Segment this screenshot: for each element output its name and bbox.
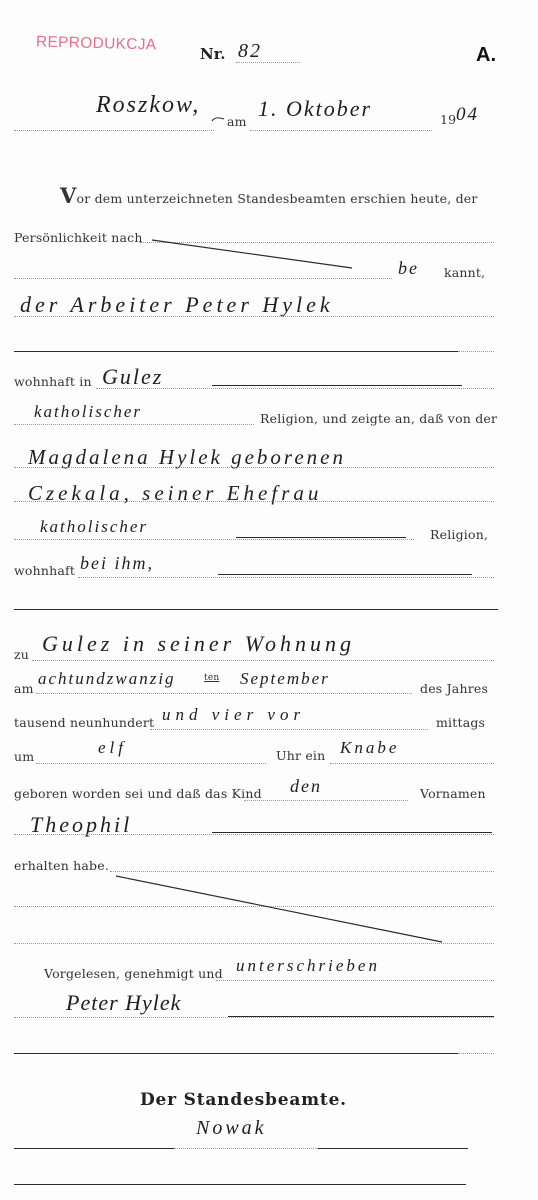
year-words: und vier vor xyxy=(162,705,305,725)
signature-line xyxy=(14,1017,494,1018)
mother-religion-line xyxy=(14,539,414,540)
year-words-line xyxy=(150,729,428,730)
birth-day: achtundzwanzig xyxy=(38,669,176,689)
intro-initial: V xyxy=(60,183,77,208)
declarant-line xyxy=(14,316,494,317)
form-letter: A. xyxy=(476,44,496,67)
kannt-label: kannt, xyxy=(444,265,485,280)
bekannt-line xyxy=(14,278,392,279)
child-type-line xyxy=(330,763,494,764)
civil-registry-birth-record: REPRODUKCJA Nr. 82 A. Roszkow, am 1. Okt… xyxy=(0,0,538,1200)
bottom-rule xyxy=(14,1184,466,1185)
erhalten-label: erhalten habe. xyxy=(14,858,109,873)
year-prefix: 19 xyxy=(440,112,456,127)
given-name-rule xyxy=(212,832,492,833)
birth-hour: elf xyxy=(98,738,127,758)
des-jahres-label: des Jahres xyxy=(420,681,488,696)
date-line xyxy=(250,130,432,131)
mother-residence: bei ihm, xyxy=(80,553,154,574)
signature-rule xyxy=(228,1016,494,1017)
um-label: um xyxy=(14,749,34,764)
mother-religion: katholischer xyxy=(40,517,148,537)
record-number-label: Nr. xyxy=(200,45,225,63)
closing-dots xyxy=(458,1053,494,1054)
reproduction-stamp: REPRODUKCJA xyxy=(36,33,157,54)
declarant-fill-dots xyxy=(458,351,494,352)
unterschrieben-handwritten: unterschrieben xyxy=(236,956,380,976)
am-label: am xyxy=(227,114,247,129)
persoenlichkeit-line xyxy=(140,242,494,243)
vornamen-label: Vornamen xyxy=(420,786,486,801)
place-handwritten: Roszkow, xyxy=(96,92,200,119)
uhr-ein-label: Uhr ein xyxy=(276,748,325,763)
child-type: Knabe xyxy=(340,738,399,758)
declarant-residence: Gulez xyxy=(102,364,163,390)
der-handwritten: den xyxy=(290,776,322,797)
official-rule-left xyxy=(14,1148,174,1149)
record-number-line xyxy=(236,62,300,63)
blank-line-1 xyxy=(14,906,494,907)
be-handwritten: be xyxy=(398,258,419,279)
birth-place-line xyxy=(32,660,494,661)
vorgelesen-label: Vorgelesen, genehmigt und xyxy=(44,966,223,981)
religion-line xyxy=(14,424,254,425)
intro-text: Vor dem unterzeichneten Standesbeamten e… xyxy=(60,183,478,208)
birth-hour-line xyxy=(36,763,266,764)
religion-text: Religion, und zeigte an, daß von der xyxy=(260,411,497,426)
tausend-label: tausend neunhundert xyxy=(14,715,154,730)
declarant-religion: katholischer xyxy=(34,402,142,422)
mother-religion-label: Religion, xyxy=(430,527,488,542)
declarant-fill-rule xyxy=(14,351,458,352)
date-handwritten: 1. Oktober xyxy=(258,96,372,122)
mother-name-line2: Czekala, seiner Ehefrau xyxy=(28,481,322,506)
closing-rule xyxy=(14,1053,458,1054)
place-line xyxy=(14,130,214,131)
birth-month: September xyxy=(240,669,330,689)
unterschrieben-line xyxy=(216,980,494,981)
residence-line xyxy=(96,388,494,389)
am-day-label: am xyxy=(14,681,34,696)
mittags-label: mittags xyxy=(436,715,485,730)
residence-fill-rule xyxy=(212,385,462,386)
year-suffix: 04 xyxy=(456,104,479,126)
blank-line-2 xyxy=(14,943,494,944)
birth-day-line xyxy=(36,693,412,694)
official-rule-right xyxy=(318,1148,468,1149)
official-dots xyxy=(174,1148,318,1149)
mother-line1 xyxy=(14,467,494,468)
official-signature: Nowak xyxy=(196,1117,267,1140)
persoenlichkeit-label: Persönlichkeit nach xyxy=(14,230,143,245)
declarant-signature: Peter Hylek xyxy=(66,990,181,1016)
record-number-value: 82 xyxy=(238,40,262,63)
mother-wohnhaft-label: wohnhaft xyxy=(14,563,75,578)
official-title: Der Standesbeamte. xyxy=(140,1090,347,1110)
section-rule xyxy=(14,609,498,610)
mother-line2 xyxy=(14,501,494,502)
zu-label: zu xyxy=(14,647,29,662)
erhalten-line xyxy=(110,871,494,872)
birth-place: Gulez in seiner Wohnung xyxy=(42,631,355,657)
mother-residence-line xyxy=(78,577,494,578)
mother-residence-rule xyxy=(218,574,472,575)
ten-suffix: ten xyxy=(204,673,219,683)
intro-body: or dem unterzeichneten Standesbeamten er… xyxy=(77,191,478,206)
geboren-text: geboren worden sei und daß das Kind xyxy=(14,786,262,801)
wohnhaft-in-label: wohnhaft in xyxy=(14,374,92,389)
declarant-name: der Arbeiter Peter Hylek xyxy=(20,292,334,318)
strike-lines xyxy=(0,0,538,1200)
mother-religion-rule xyxy=(236,537,406,538)
der-line xyxy=(244,800,408,801)
given-name-line xyxy=(14,834,494,835)
